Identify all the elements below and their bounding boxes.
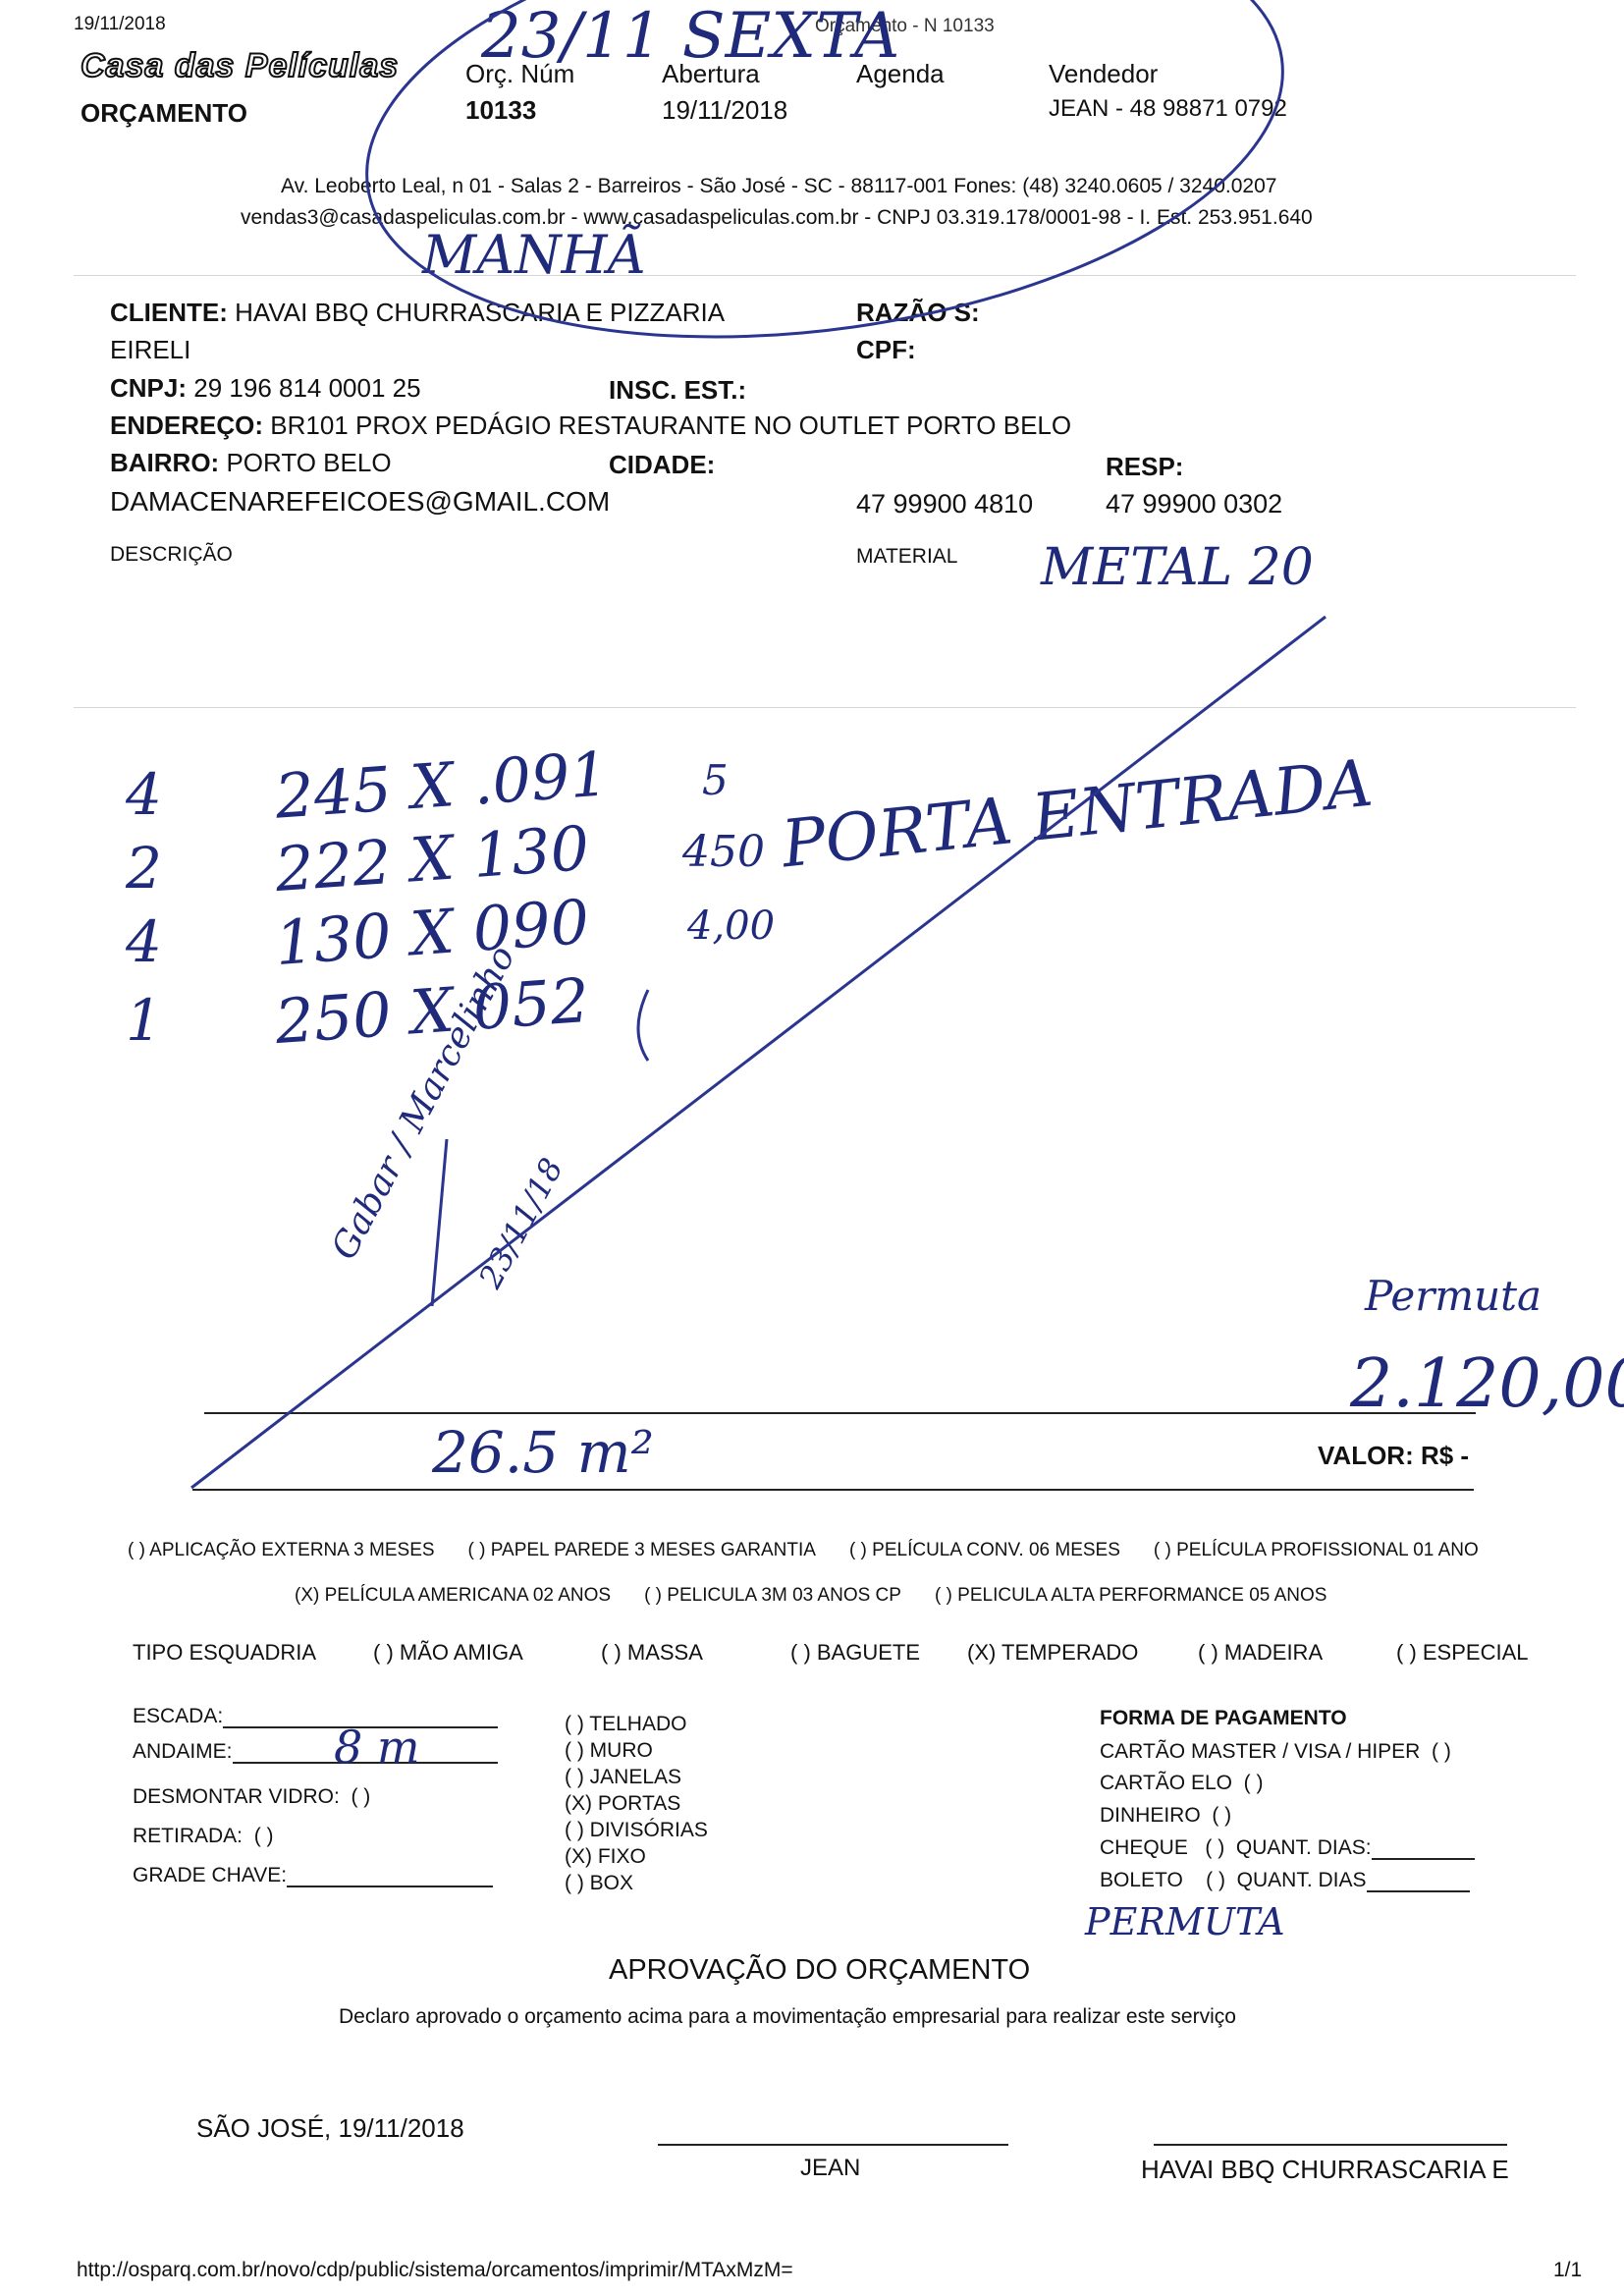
- services-row-2: (X) PELÍCULA AMERICANA 02 ANOS( ) PELICU…: [295, 1585, 1360, 1607]
- material-label: MATERIAL: [856, 545, 957, 569]
- pagamento-cartao-elo: CARTÃO ELO ( ): [1100, 1772, 1263, 1795]
- andaime-field: ANDAIME:: [133, 1740, 498, 1764]
- handwritten-qty: 4: [126, 908, 162, 975]
- esquadria-option[interactable]: ( ) MADEIRA: [1198, 1640, 1323, 1666]
- handwritten-qty: 4: [126, 761, 162, 828]
- local-option[interactable]: ( ) TELHADO: [565, 1713, 686, 1736]
- handwritten-schedule-date: 23/11 SEXTA: [481, 0, 899, 73]
- handwritten-porta-entrada: PORTA ENTRADA: [779, 745, 1377, 883]
- pagamento-cheque: CHEQUE ( ) QUANT. DIAS:: [1100, 1836, 1475, 1860]
- handwritten-permuta-bottom: PERMUTA: [1085, 1900, 1285, 1943]
- insc-label: INSC. EST.:: [609, 375, 746, 406]
- esquadria-option[interactable]: (X) TEMPERADO: [967, 1640, 1138, 1666]
- esquadria-option[interactable]: ( ) MÃO AMIGA: [373, 1640, 523, 1666]
- pagamento-cartao-master: CARTÃO MASTER / VISA / HIPER ( ): [1100, 1740, 1451, 1764]
- handwritten-andaime: 8 m: [334, 1721, 420, 1774]
- cpf-label: CPF:: [856, 335, 916, 365]
- cidade-label: CIDADE:: [609, 450, 715, 480]
- esquadria-option[interactable]: ( ) ESPECIAL: [1396, 1640, 1528, 1666]
- local-option[interactable]: ( ) DIVISÓRIAS: [565, 1819, 708, 1842]
- handwritten-area: 26.5 m²: [432, 1419, 654, 1486]
- local-option[interactable]: (X) PORTAS: [565, 1792, 680, 1816]
- service-option[interactable]: ( ) PELÍCULA CONV. 06 MESES: [849, 1540, 1120, 1560]
- pen-strokes: [0, 0, 1624, 2296]
- local-option[interactable]: ( ) MURO: [565, 1739, 653, 1763]
- esquadria-option[interactable]: ( ) BAGUETE: [790, 1640, 920, 1666]
- pagamento-title: FORMA DE PAGAMENTO: [1100, 1707, 1347, 1730]
- retirada-field: RETIRADA: ( ): [133, 1825, 274, 1848]
- esquadria-option[interactable]: ( ) MASSA: [601, 1640, 703, 1666]
- company-contact: vendas3@casadaspeliculas.com.br - www.ca…: [241, 206, 1313, 230]
- cliente-line-2: EIRELI: [110, 335, 190, 365]
- approval-declaration: Declaro aprovado o orçamento acima para …: [339, 2005, 1236, 2029]
- client-phone-2: 47 99900 0302: [1106, 489, 1282, 519]
- service-option[interactable]: ( ) PELICULA ALTA PERFORMANCE 05 ANOS: [935, 1585, 1326, 1606]
- abertura-value: 19/11/2018: [662, 95, 787, 126]
- desmontar-field: DESMONTAR VIDRO: ( ): [133, 1785, 370, 1809]
- signer-1: JEAN: [800, 2155, 860, 2182]
- service-option[interactable]: (X) PELÍCULA AMERICANA 02 ANOS: [295, 1585, 611, 1606]
- footer-url[interactable]: http://osparq.com.br/novo/cdp/public/sis…: [77, 2259, 793, 2282]
- grade-chave-field: GRADE CHAVE:: [133, 1864, 493, 1887]
- doc-type: ORÇAMENTO: [81, 98, 247, 129]
- company-logo: Casa das Películas: [81, 47, 399, 85]
- local-option[interactable]: (X) FIXO: [565, 1845, 646, 1869]
- approval-title: APROVAÇÃO DO ORÇAMENTO: [609, 1954, 1030, 1987]
- client-phone-1: 47 99900 4810: [856, 489, 1033, 519]
- descricao-label: DESCRIÇÃO: [110, 543, 233, 567]
- handwritten-qty: 2: [126, 835, 162, 902]
- cliente-line: CLIENTE: HAVAI BBQ CHURRASCARIA E PIZZAR…: [110, 298, 725, 328]
- pagamento-dinheiro: DINHEIRO ( ): [1100, 1804, 1231, 1828]
- orc-num-value: 10133: [465, 95, 536, 126]
- escada-field: ESCADA:: [133, 1705, 498, 1728]
- service-option[interactable]: ( ) PELICULA 3M 03 ANOS CP: [644, 1585, 901, 1606]
- services-row-1: ( ) APLICAÇÃO EXTERNA 3 MESES( ) PAPEL P…: [128, 1540, 1512, 1561]
- company-address: Av. Leoberto Leal, n 01 - Salas 2 - Barr…: [281, 175, 1276, 198]
- local-option[interactable]: ( ) JANELAS: [565, 1766, 681, 1789]
- print-date: 19/11/2018: [74, 14, 166, 35]
- vendedor-label: Vendedor: [1049, 59, 1158, 89]
- handwritten-qty: 1: [126, 987, 162, 1054]
- valor-label: VALOR: R$ -: [1318, 1441, 1469, 1471]
- handwritten-note-450: 450: [682, 827, 765, 877]
- pagamento-boleto: BOLETO ( ) QUANT. DIAS: [1100, 1869, 1470, 1892]
- service-option[interactable]: ( ) PELÍCULA PROFISSIONAL 01 ANO: [1154, 1540, 1479, 1560]
- handwritten-note-5: 5: [702, 756, 729, 804]
- handwritten-signature-date: 23/11/18: [471, 1152, 570, 1294]
- resp-label: RESP:: [1106, 452, 1183, 482]
- local-option[interactable]: ( ) BOX: [565, 1872, 633, 1895]
- service-option[interactable]: ( ) APLICAÇÃO EXTERNA 3 MESES: [128, 1540, 435, 1560]
- razao-label: RAZÃO S:: [856, 298, 980, 328]
- endereco-line: ENDEREÇO: BR101 PROX PEDÁGIO RESTAURANTE…: [110, 410, 1071, 441]
- signer-2: HAVAI BBQ CHURRASCARIA E: [1141, 2155, 1509, 2185]
- handwritten-note-4: 4,00: [687, 903, 775, 949]
- bairro-line: BAIRRO: PORTO BELO: [110, 448, 392, 478]
- service-option[interactable]: ( ) PAPEL PAREDE 3 MESES GARANTIA: [468, 1540, 816, 1560]
- esquadria-label: TIPO ESQUADRIA: [133, 1640, 316, 1666]
- vendedor-value: JEAN - 48 98871 0792: [1049, 95, 1287, 123]
- footer-page: 1/1: [1553, 2259, 1582, 2282]
- handwritten-manha: MANHÃ: [422, 224, 646, 286]
- client-email: DAMACENAREFEICOES@GMAIL.COM: [110, 486, 610, 518]
- cnpj-line: CNPJ: 29 196 814 0001 25: [110, 373, 421, 404]
- approval-place-date: SÃO JOSÉ, 19/11/2018: [196, 2113, 464, 2144]
- handwritten-material: METAL 20: [1041, 538, 1314, 597]
- handwritten-permuta-top: Permuta: [1365, 1272, 1542, 1320]
